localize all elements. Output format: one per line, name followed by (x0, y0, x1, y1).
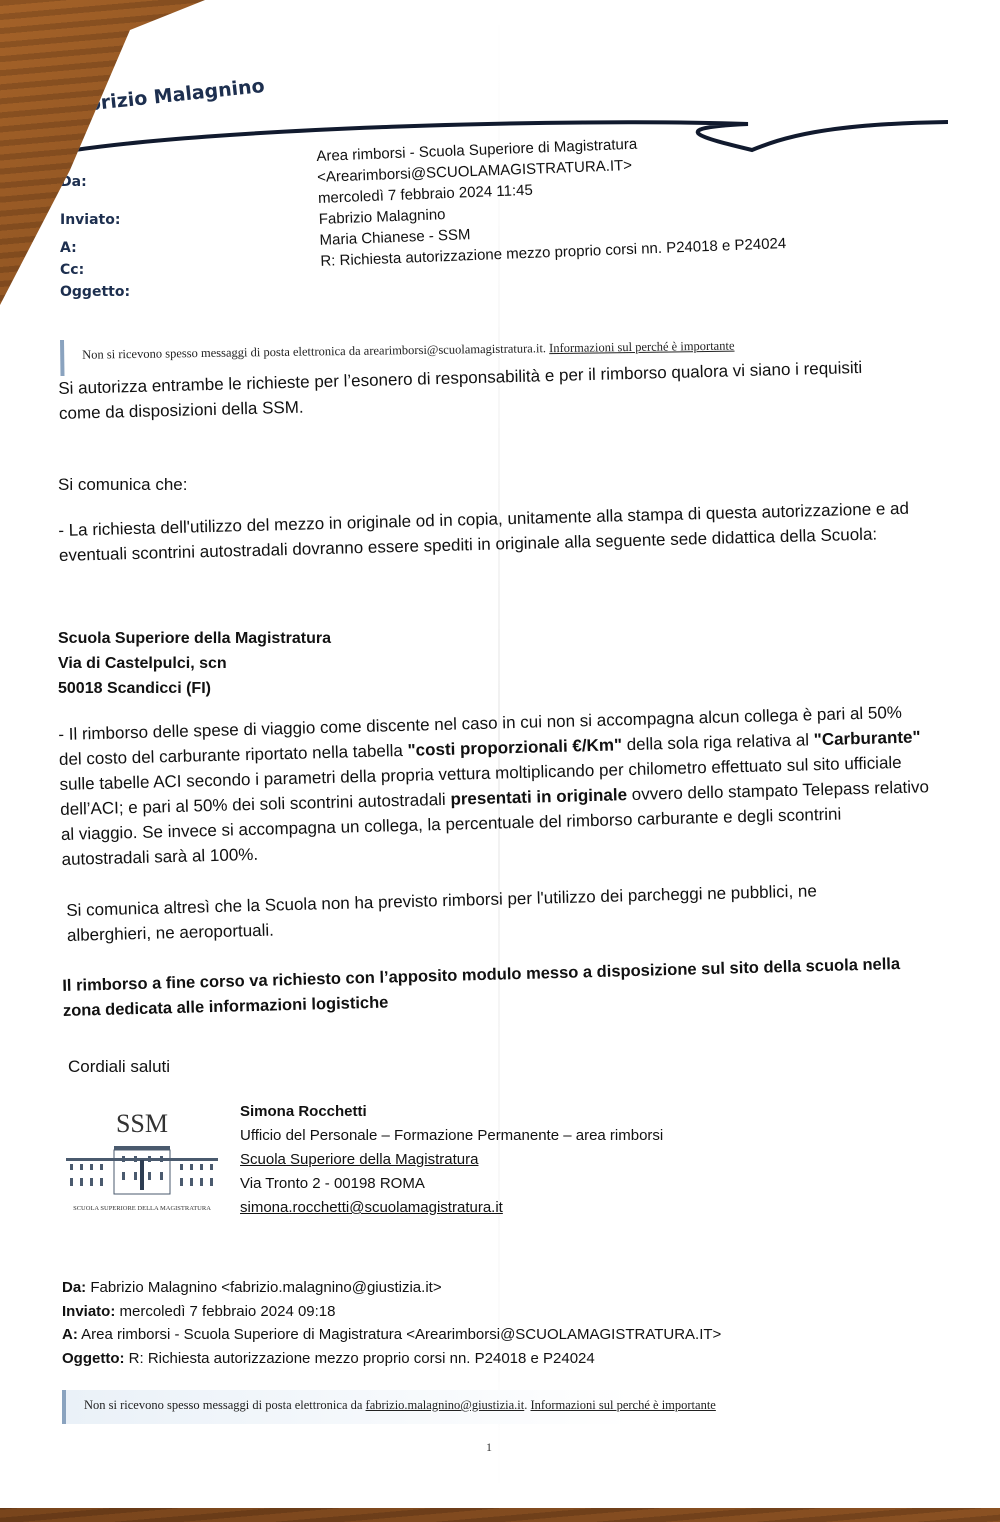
ssm-logo: SSM SCUOLA SUPERIORE DELLA MAGISTRATURA (62, 1104, 222, 1216)
address-line-1: Scuola Superiore della Magistratura (58, 626, 938, 651)
printed-email-page: Fabrizio Malagnino Da: Inviato: A: Cc: O… (0, 0, 1000, 1522)
paragraph-parking: Si comunica altresì che la Scuola non ha… (66, 876, 897, 948)
forwarded-message-header: Da: Fabrizio Malagnino <fabrizio.malagni… (62, 1276, 721, 1370)
signer-name: Simona Rocchetti (240, 1100, 663, 1124)
notice-text: Non si ricevono spesso messaggi di posta… (84, 1398, 366, 1412)
address-line-2: Via di Castelpulci, scn (58, 651, 938, 676)
label-sent: Inviato: (60, 212, 120, 228)
paragraph-end-of-course: Il rimborso a fine corso va richiesto co… (62, 952, 903, 1024)
notice-info-link[interactable]: Informazioni sul perché è importante (531, 1398, 716, 1412)
sender-email-link[interactable]: fabrizio.malagnino@giustizia.it (366, 1398, 525, 1412)
signer-address: Via Tronto 2 - 00198 ROMA (240, 1172, 663, 1196)
fwd-subject: Oggetto: R: Richiesta autorizzazione mez… (62, 1347, 721, 1371)
address-line-3: 50018 Scandicci (FI) (58, 676, 938, 701)
closing-greeting: Cordiali saluti (68, 1054, 948, 1079)
notice-info-link[interactable]: Informazioni sul perché è importante (549, 339, 735, 356)
shipping-address: Scuola Superiore della Magistratura Via … (58, 626, 938, 701)
page-number: 1 (486, 1440, 492, 1455)
fwd-from: Da: Fabrizio Malagnino <fabrizio.malagni… (62, 1276, 721, 1300)
fwd-sent: Inviato: mercoledì 7 febbraio 2024 09:18 (62, 1300, 721, 1324)
notice-text: Non si ricevono spesso messaggi di posta… (82, 341, 546, 361)
label-cc: Cc: (60, 262, 84, 278)
header-values: Area rimborsi - Scuola Superiore di Magi… (316, 122, 940, 272)
signature-block: Simona Rocchetti Ufficio del Personale –… (240, 1100, 663, 1220)
signer-organization-link[interactable]: Scuola Superiore della Magistratura (240, 1148, 663, 1172)
paragraph-intro: Si comunica che: (58, 472, 938, 497)
paragraph-reimbursement: - Il rimborso delle spese di viaggio com… (58, 699, 932, 872)
svg-text:SCUOLA SUPERIORE DELLA MAGISTR: SCUOLA SUPERIORE DELLA MAGISTRATURA (73, 1205, 211, 1212)
svg-text:SSM: SSM (116, 1109, 168, 1138)
signer-email-link[interactable]: simona.rocchetti@scuolamagistratura.it (240, 1196, 663, 1220)
fwd-to: A: Area rimborsi - Scuola Superiore di M… (62, 1323, 721, 1347)
label-subject: Oggetto: (60, 284, 130, 300)
external-sender-notice-bottom: Non si ricevono spesso messaggi di posta… (62, 1390, 874, 1424)
label-to: A: (60, 240, 77, 256)
signer-role: Ufficio del Personale – Formazione Perma… (240, 1124, 663, 1148)
